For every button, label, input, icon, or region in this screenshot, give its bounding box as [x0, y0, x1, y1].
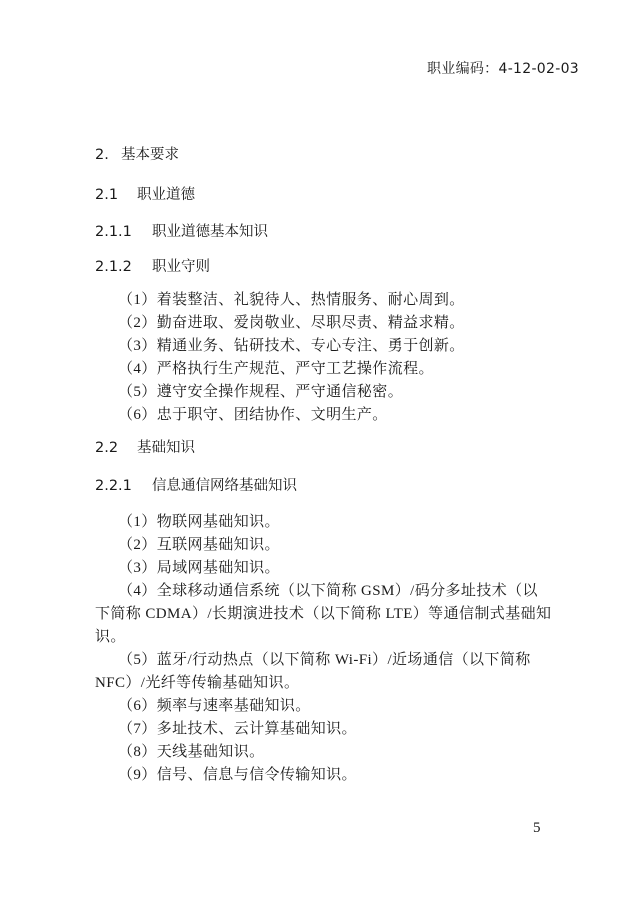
heading-title: 信息通信网络基础知识 [152, 478, 297, 494]
occupation-code: 职业编码：4-12-02-03 [427, 58, 579, 78]
heading-2-1-1: 2.1.1职业道德基本知识 [95, 220, 268, 241]
list-item: （8）天线基础知识。 [118, 740, 265, 761]
list-item: （1）物联网基础知识。 [118, 510, 280, 531]
list-item-line: 识。 [95, 625, 126, 646]
heading-number: 2.1.1 [95, 224, 152, 240]
heading-2-1: 2.1职业道德 [95, 183, 195, 204]
heading-title: 基础知识 [137, 440, 195, 456]
list-item: （9）信号、信息与信令传输知识。 [118, 763, 357, 784]
heading-2-2-1: 2.2.1信息通信网络基础知识 [95, 474, 297, 495]
document-page: 职业编码：4-12-02-03 2.基本要求 2.1职业道德 2.1.1职业道德… [0, 0, 641, 899]
heading-2-2: 2.2基础知识 [95, 436, 195, 457]
heading-title: 职业道德基本知识 [152, 224, 268, 240]
list-item: （1）着装整洁、礼貌待人、热情服务、耐心周到。 [118, 288, 465, 309]
heading-number: 2.2.1 [95, 478, 152, 494]
heading-number: 2.2 [95, 440, 137, 456]
page-number: 5 [533, 820, 541, 837]
heading-title: 基本要求 [121, 147, 179, 163]
heading-title: 职业守则 [152, 259, 210, 275]
heading-number: 2.1 [95, 187, 137, 203]
list-item: （6）忠于职守、团结协作、文明生产。 [118, 403, 388, 424]
list-item: （2）勤奋进取、爱岗敬业、尽职尽责、精益求精。 [118, 311, 465, 332]
heading-number: 2.1.2 [95, 259, 152, 275]
list-item: （6）频率与速率基础知识。 [118, 694, 311, 715]
heading-2-1-2: 2.1.2职业守则 [95, 255, 210, 276]
list-item-line: 下简称 CDMA）/长期演进技术（以下简称 LTE）等通信制式基础知 [95, 602, 551, 623]
list-item-line: （5）蓝牙/行动热点（以下简称 Wi-Fi）/近场通信（以下简称 [118, 648, 531, 669]
list-item-line: （4）全球移动通信系统（以下简称 GSM）/码分多址技术（以 [118, 579, 538, 600]
heading-number: 2. [95, 147, 121, 163]
list-item-line: NFC）/光纤等传输基础知识。 [95, 671, 299, 692]
list-item: （3）局域网基础知识。 [118, 556, 280, 577]
list-item: （2）互联网基础知识。 [118, 533, 280, 554]
list-item: （3）精通业务、钻研技术、专心专注、勇于创新。 [118, 334, 465, 355]
heading-2: 2.基本要求 [95, 143, 179, 164]
list-item: （4）严格执行生产规范、严守工艺操作流程。 [118, 357, 434, 378]
list-item: （7）多址技术、云计算基础知识。 [118, 717, 357, 738]
heading-title: 职业道德 [137, 187, 195, 203]
list-item: （5）遵守安全操作规程、严守通信秘密。 [118, 380, 403, 401]
